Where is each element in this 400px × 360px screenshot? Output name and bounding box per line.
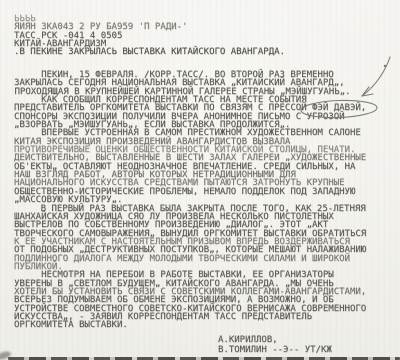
body-line: ДЕЙСТВИТЕЛЬНО, ВЫСТАВЛЕННЫЕ В ШЕСТИ ЗАЛА… [14, 154, 366, 162]
article-body: ПЕКИН, 15 ФЕВРАЛЯ. /КОРР.ТАСС/. ВО ВТОРО… [14, 71, 366, 330]
body-line: ПОДЛИННОГО ДИАЛОГА МЕЖДУ МОЛОДЫМИ ТВОРЧЕ… [14, 255, 366, 263]
telegraph-header: ЬЬЬЬЯИЯН ЗКА043 2 РУ БА959 'П РАДИ-'ТАСС… [14, 15, 285, 57]
body-line: ПУБЛИКОЙ. [14, 263, 366, 271]
header-line: .В ПЕКИНЕ ЗАКРЫЛАСЬ ВЫСТАВКА КИТАЙСКОГО … [14, 48, 285, 56]
body-line: НАЦИОНАЛЬНОГО ИСКУССТВА СРЕДСТВАМИ ПЫТАЮ… [14, 179, 366, 187]
body-line: ОРГКОМИТЕТА ВЫСТАВКИ. [14, 321, 366, 329]
document-scan: ЬЬЬЬЯИЯН ЗКА043 2 РУ БА959 'П РАДИ-'ТАСС… [0, 0, 400, 360]
body-line: ХОТЕЛИ БЫ УСТАНОВИТЬ СВЯЗИ С СОВЕТСКИМИ … [14, 288, 366, 296]
scan-edge [8, 357, 400, 360]
header-line: ЯИЯН ЗКА043 2 РУ БА959 'П РАДИ-' [14, 23, 285, 31]
body-line: К ЕЕ УЧАСТНИКАМ С НАСТОЯТЕЛЬНЫМ ПРИЗЫВОМ… [14, 238, 366, 246]
byline-line: В.ТОМИЛИН --Э-- УТ/КЖ [218, 346, 332, 356]
pen-dot [384, 65, 386, 67]
body-line: В ПЕРВЫЙ РАЗ ВЫСТАВКА БЫЛА ЗАКРЫТА ПОСЛЕ… [14, 205, 366, 213]
byline: А.КИРИЛЛОВ,В.ТОМИЛИН --Э-- УТ/КЖ [218, 336, 332, 355]
body-line: ПРОХОДЯЩАЯ В КРУПНЕЙШЕЙ КАРТИННОЙ ГАЛЕРЕ… [15, 88, 367, 96]
